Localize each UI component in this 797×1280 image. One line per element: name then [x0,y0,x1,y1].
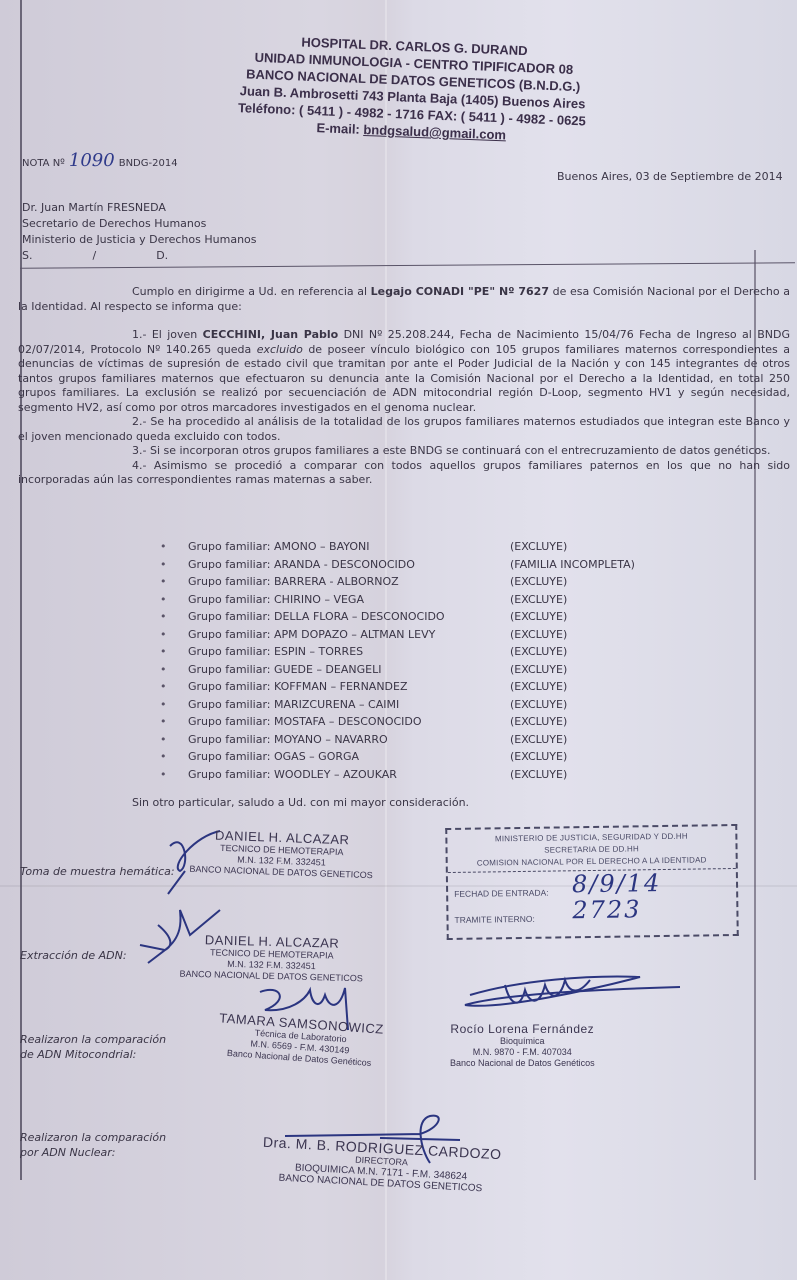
family-group-row: •Grupo familiar: MARIZCURENA – CAIMI(EXC… [160,696,635,714]
family-group-name: Grupo familiar: GUEDE – DEANGELI [188,661,510,679]
family-group-status: (EXCLUYE) [510,678,567,696]
family-group-status: (EXCLUYE) [510,731,567,749]
mito-label: Realizaron la comparación de ADN Mitocon… [20,1032,166,1062]
family-group-row: •Grupo familiar: OGAS – GORGA(EXCLUYE) [160,748,635,766]
family-group-name: Grupo familiar: MARIZCURENA – CAIMI [188,696,510,714]
family-group-status: (EXCLUYE) [510,643,567,661]
signature-scribble-4 [440,965,690,1025]
signer-organization: Banco Nacional de Datos Genéticos [450,1058,595,1069]
nuclear-label: Realizaron la comparación por ADN Nuclea… [20,1130,166,1160]
letter-date: Buenos Aires, 03 de Septiembre de 2014 [557,170,783,183]
family-group-status: (EXCLUYE) [510,766,567,784]
signer-registration: M.N. 9870 - F.M. 407034 [450,1047,595,1058]
extraction-label: Extracción de ADN: [20,948,127,963]
internal-number-label: TRAMITE INTERNO: [454,913,572,925]
family-group-name: Grupo familiar: BARRERA - ALBORNOZ [188,573,510,591]
family-group-row: •Grupo familiar: APM DOPAZO – ALTMAN LEV… [160,626,635,644]
family-group-row: •Grupo familiar: MOYANO – NAVARRO(EXCLUY… [160,731,635,749]
bullet-icon: • [160,731,188,749]
family-group-status: (EXCLUYE) [510,608,567,626]
sd-s: S. [22,248,32,264]
bullet-icon: • [160,591,188,609]
note-number: NOTA Nº1090BNDG-2014 [22,150,178,171]
scanned-letter: HOSPITAL DR. CARLOS G. DURAND UNIDAD INM… [0,0,797,1280]
family-group-row: •Grupo familiar: AMONO – BAYONI(EXCLUYE) [160,538,635,556]
family-group-name: Grupo familiar: MOYANO – NAVARRO [188,731,510,749]
family-group-name: Grupo familiar: ARANDA - DESCONOCIDO [188,556,510,574]
family-group-name: Grupo familiar: APM DOPAZO – ALTMAN LEVY [188,626,510,644]
internal-number-value: 2723 [572,896,641,923]
mito-stamp-2: Rocío Lorena Fernández Bioquímica M.N. 9… [450,1022,595,1069]
excluded-word: excluido [257,343,303,356]
bullet-icon: • [160,766,188,784]
bullet-icon: • [160,538,188,556]
nuclear-label-line2: por ADN Nuclear: [20,1145,166,1160]
family-group-row: •Grupo familiar: BARRERA - ALBORNOZ(EXCL… [160,573,635,591]
entry-date-value: 8/9/14 [572,870,662,897]
family-group-status: (EXCLUYE) [510,748,567,766]
family-group-row: •Grupo familiar: WOODLEY – AZOUKAR(EXCLU… [160,766,635,784]
family-group-row: •Grupo familiar: ESPIN – TORRES(EXCLUYE) [160,643,635,661]
family-group-status: (EXCLUYE) [510,661,567,679]
email-label: E-mail: [316,120,364,137]
intro-text: Cumplo en dirigirme a Ud. en referencia … [132,285,371,298]
bullet-icon: • [160,608,188,626]
paragraph-1: 1.- El joven CECCHINI, Juan Pablo DNI Nº… [18,328,790,415]
family-group-status: (EXCLUYE) [510,626,567,644]
family-group-name: Grupo familiar: ESPIN – TORRES [188,643,510,661]
intro-paragraph: Cumplo en dirigirme a Ud. en referencia … [18,285,790,314]
letterhead: HOSPITAL DR. CARLOS G. DURAND UNIDAD INM… [206,30,620,148]
family-group-name: Grupo familiar: CHIRINO – VEGA [188,591,510,609]
letter-body: Cumplo en dirigirme a Ud. en referencia … [18,285,790,488]
family-group-name: Grupo familiar: DELLA FLORA – DESCONOCID… [188,608,510,626]
paragraph-4: 4.- Asimismo se procedió a comparar con … [18,459,790,488]
recipient-title: Secretario de Derechos Humanos [22,216,257,232]
family-group-status: (EXCLUYE) [510,573,567,591]
sd-d: D. [156,248,168,264]
family-group-status: (EXCLUYE) [510,538,567,556]
bullet-icon: • [160,748,188,766]
recipient-block: Dr. Juan Martín FRESNEDA Secretario de D… [22,200,257,264]
note-handwritten-number: 1090 [69,150,115,171]
note-prefix: NOTA Nº [22,158,65,169]
sd-slash: / [92,248,96,264]
family-group-name: Grupo familiar: MOSTAFA – DESCONOCIDO [188,713,510,731]
family-group-status: (EXCLUYE) [510,696,567,714]
family-group-name: Grupo familiar: AMONO – BAYONI [188,538,510,556]
family-group-status: (EXCLUYE) [510,591,567,609]
bullet-icon: • [160,626,188,644]
bullet-icon: • [160,661,188,679]
family-group-name: Grupo familiar: WOODLEY – AZOUKAR [188,766,510,784]
bullet-icon: • [160,696,188,714]
recipient-name: Dr. Juan Martín FRESNEDA [22,200,257,216]
family-group-status: (EXCLUYE) [510,713,567,731]
family-group-row: •Grupo familiar: GUEDE – DEANGELI(EXCLUY… [160,661,635,679]
bullet-icon: • [160,556,188,574]
family-group-row: •Grupo familiar: DELLA FLORA – DESCONOCI… [160,608,635,626]
sample-stamp: DANIEL H. ALCAZAR TECNICO DE HEMOTERAPIA… [189,827,374,881]
bullet-icon: • [160,573,188,591]
note-suffix: BNDG-2014 [119,158,178,169]
mito-stamp-1: TAMARA SAMSONOWICZ Técnica de Laboratori… [217,1010,385,1069]
family-groups-list: •Grupo familiar: AMONO – BAYONI(EXCLUYE)… [160,538,635,783]
extraction-stamp: DANIEL H. ALCAZAR TECNICO DE HEMOTERAPIA… [179,932,364,985]
p1-text: 1.- El joven [132,328,203,341]
family-group-name: Grupo familiar: OGAS – GORGA [188,748,510,766]
paragraph-3: 3.- Si se incorporan otros grupos famili… [18,444,790,459]
family-group-row: •Grupo familiar: MOSTAFA – DESCONOCIDO(E… [160,713,635,731]
family-group-row: •Grupo familiar: KOFFMAN – FERNANDEZ(EXC… [160,678,635,696]
sample-label: Toma de muestra hemática: [20,864,175,879]
bullet-icon: • [160,713,188,731]
bullet-icon: • [160,643,188,661]
left-margin-line [20,0,22,1180]
closing-line: Sin otro particular, saludo a Ud. con mi… [132,796,469,809]
bullet-icon: • [160,678,188,696]
legajo-reference: Legajo CONADI "PE" Nº 7627 [371,285,549,298]
recipient-ministry: Ministerio de Justicia y Derechos Humano… [22,232,257,248]
signer-name: Rocío Lorena Fernández [450,1022,595,1036]
stamp-internal-number: TRAMITE INTERNO: 2723 [448,895,736,925]
stamp-entry-date: FECHAD DE ENTRADA: 8/9/14 [448,869,736,899]
family-group-row: •Grupo familiar: ARANDA - DESCONOCIDO(FA… [160,556,635,574]
stamp-header: MINISTERIO DE JUSTICIA, SEGURIDAD Y DD.H… [447,826,736,870]
mito-label-line2: de ADN Mitocondrial: [20,1047,166,1062]
family-group-name: Grupo familiar: KOFFMAN – FERNANDEZ [188,678,510,696]
subject-name: CECCHINI, Juan Pablo [203,328,339,341]
signer-role: Bioquímica [450,1036,595,1047]
salutation-sd: S. / D. [22,248,257,264]
mito-label-line1: Realizaron la comparación [20,1032,166,1047]
paragraph-2: 2.- Se ha procedido al análisis de la to… [18,415,790,444]
family-group-row: •Grupo familiar: CHIRINO – VEGA(EXCLUYE) [160,591,635,609]
reception-stamp: MINISTERIO DE JUSTICIA, SEGURIDAD Y DD.H… [445,824,739,940]
entry-date-label: FECHAD DE ENTRADA: [454,887,572,899]
family-group-status: (FAMILIA INCOMPLETA) [510,556,635,574]
nuclear-label-line1: Realizaron la comparación [20,1130,166,1145]
